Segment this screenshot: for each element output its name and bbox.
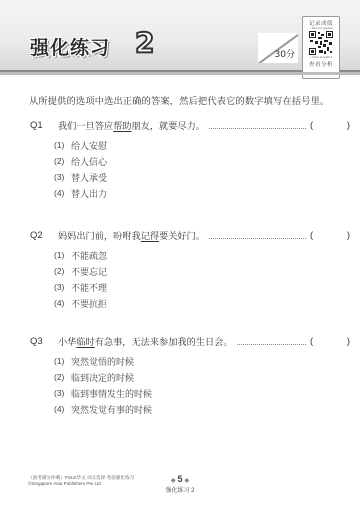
footer-credits: 《备考满分冲刺》PSLE华文 词义选择 考前强化练习 ©Singapore As… [28,475,134,487]
score-box: 30分 [258,33,298,63]
sentence-part: 有急事，无法来参加我的生日会。 [95,337,233,348]
page-header: 强化练习 2 30分 记录成绩 • Record grades • View a… [0,0,360,72]
option-number: (1) [54,356,71,366]
instruction-text: 从所提供的选项中选出正确的答案，然后把代表它的数字填写在括号里。 [29,93,329,107]
question-stem: Q1 我们一旦答应帮助朋友，就要尽力。 () [30,117,350,133]
option-item: (3)不能不理 [54,279,350,295]
bracket-open: ( [310,230,313,241]
option-text: 不要忘记 [71,265,107,278]
option-number: (2) [54,372,71,382]
page-number-row: ◆5◆ [150,474,210,484]
question-sentence: 我们一旦答应帮助朋友，就要尽力。 [58,118,205,132]
qr-card[interactable]: 记录成绩 • Record grades • View analytics 查看… [302,16,340,79]
dotted-leader [209,231,306,239]
option-item: (4)替人出力 [54,185,350,201]
option-item: (1)给人安慰 [54,137,350,153]
option-text: 临到决定的时候 [71,371,134,384]
question-number: Q2 [30,230,58,241]
answer-bracket[interactable]: () [310,336,350,347]
option-list: (1)不能疏忽 (2)不要忘记 (3)不能不理 (4)不要抗拒 [54,247,350,311]
dotted-leader [237,337,306,345]
answer-bracket[interactable]: () [310,120,350,131]
option-text: 替人出力 [71,187,107,200]
option-text: 不能疏忽 [71,249,107,262]
question-2: Q2 妈妈出门前，吩咐我记得要关好门。 () (1)不能疏忽 (2)不要忘记 (… [30,227,350,311]
option-number: (4) [54,404,71,414]
option-text: 替人承受 [71,171,107,184]
option-item: (3)临到事情发生的时候 [54,385,350,401]
option-number: (3) [54,172,71,182]
page-label: 强化练习 2 [150,485,210,494]
option-number: (4) [54,298,71,308]
record-grades-sub: • Record grades [310,27,333,30]
option-number: (3) [54,388,71,398]
bracket-open: ( [310,120,313,131]
option-item: (2)不要忘记 [54,263,350,279]
question-3: Q3 小华临时有急事，无法来参加我的生日会。 () (1)突然觉悟的时候 (2)… [30,333,350,417]
exercise-number: 2 [135,26,154,59]
total-score: 30分 [275,47,295,60]
question-stem: Q3 小华临时有急事，无法来参加我的生日会。 () [30,333,350,349]
sentence-part: 朋友，就要尽力。 [132,121,206,132]
option-item: (4)突然发觉有事的时候 [54,401,350,417]
sentence-part: 妈妈出门前，吩咐我 [58,231,141,242]
view-analytics-sub: • View analytics [310,56,333,59]
question-1: Q1 我们一旦答应帮助朋友，就要尽力。 () (1)给人安慰 (2)给人信心 (… [30,117,350,201]
option-text: 临到事情发生的时候 [71,387,152,400]
bracket-close: ) [347,230,350,241]
dotted-leader [209,121,306,129]
option-number: (2) [54,266,71,276]
option-number: (2) [54,156,71,166]
option-number: (3) [54,282,71,292]
diamond-icon: ◆ [185,478,190,484]
sentence-part: 要关好门。 [159,231,205,242]
qr-code-icon[interactable] [309,31,333,55]
option-item: (3)替人承受 [54,169,350,185]
option-text: 不要抗拒 [71,297,107,310]
option-item: (4)不要抗拒 [54,295,350,311]
underlined-word: 帮助 [113,121,131,132]
page-footer: ◆5◆ 强化练习 2 [150,474,210,494]
option-item: (2)临到决定的时候 [54,369,350,385]
question-sentence: 小华临时有急事，无法来参加我的生日会。 [58,334,233,348]
bracket-close: ) [347,336,350,347]
option-text: 不能不理 [71,281,107,294]
copyright: ©Singapore Asia Publishers Pte Ltd [28,481,134,487]
bracket-open: ( [310,336,313,347]
option-number: (1) [54,250,71,260]
page-number: 5 [177,474,182,484]
page-title: 强化练习 [30,33,110,60]
question-number: Q3 [30,336,58,347]
option-item: (2)给人信心 [54,153,350,169]
option-list: (1)给人安慰 (2)给人信心 (3)替人承受 (4)替人出力 [54,137,350,201]
option-list: (1)突然觉悟的时候 (2)临到决定的时候 (3)临到事情发生的时候 (4)突然… [54,353,350,417]
bracket-close: ) [347,120,350,131]
sentence-part: 小华 [58,337,76,348]
option-text: 给人安慰 [71,139,107,152]
view-analytics-label: 查看分析 [309,60,333,68]
diamond-icon: ◆ [171,478,176,484]
question-stem: Q2 妈妈出门前，吩咐我记得要关好门。 () [30,227,350,243]
sentence-part: 我们一旦答应 [58,121,113,132]
question-number: Q1 [30,120,58,131]
answer-bracket[interactable]: () [310,230,350,241]
option-text: 突然觉悟的时候 [71,355,134,368]
underlined-word: 记得 [141,231,159,242]
option-text: 给人信心 [71,155,107,168]
option-item: (1)突然觉悟的时候 [54,353,350,369]
option-item: (1)不能疏忽 [54,247,350,263]
option-text: 突然发觉有事的时候 [71,403,152,416]
option-number: (4) [54,188,71,198]
underlined-word: 临时 [76,337,94,348]
option-number: (1) [54,140,71,150]
question-sentence: 妈妈出门前，吩咐我记得要关好门。 [58,228,205,242]
